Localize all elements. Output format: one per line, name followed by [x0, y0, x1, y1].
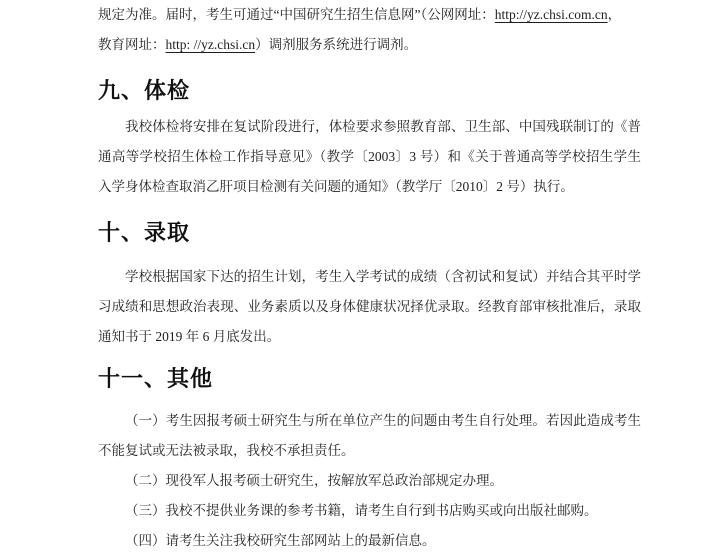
link-yz-chsi-cn[interactable]: http: //yz.chsi.cn [166, 37, 256, 52]
list-item-1: （一）考生因报考硕士研究生与所在单位产生的问题由考生自行处理。若因此造成考生不能… [98, 406, 641, 466]
intro-line-1-text: 规定为准。届时，考生可通过“中国研究生招生信息网”（公网网址： [98, 7, 495, 22]
link-yz-chsi-com-cn[interactable]: http://yz.chsi.com.cn [495, 7, 608, 22]
intro-line-1: 规定为准。届时，考生可通过“中国研究生招生信息网”（公网网址：http://yz… [98, 0, 641, 30]
section-heading-others: 十一、其他 [98, 364, 213, 394]
intro-line-1-comma: ， [608, 7, 622, 22]
intro-line-2-text: 教育网址： [98, 37, 166, 52]
section-heading-admission: 十、录取 [98, 218, 190, 248]
paragraph: 我校体检将安排在复试阶段进行，体检要求参照教育部、卫生部、中国残联制订的《普通高… [98, 112, 641, 202]
intro-line-2: 教育网址：http: //yz.chsi.cn）调剂服务系统进行调剂。 [98, 30, 641, 60]
list-item-2: （二）现役军人报考硕士研究生，按解放军总政治部规定办理。 [98, 466, 641, 496]
section-body-physical-exam: 我校体检将安排在复试阶段进行，体检要求参照教育部、卫生部、中国残联制订的《普通高… [98, 112, 641, 202]
list-item-3: （三）我校不提供业务课的参考书籍，请考生自行到书店购买或向出版社邮购。 [98, 496, 641, 526]
document-content: 规定为准。届时，考生可通过“中国研究生招生信息网”（公网网址：http://yz… [98, 0, 641, 556]
section-heading-physical-exam: 九、体检 [98, 76, 190, 106]
section-body-admission: 学校根据国家下达的招生计划，考生入学考试的成绩（含初试和复试）并结合其平时学习成… [98, 262, 641, 352]
document-page: 规定为准。届时，考生可通过“中国研究生招生信息网”（公网网址：http://yz… [0, 0, 721, 556]
section-body-others: （一）考生因报考硕士研究生与所在单位产生的问题由考生自行处理。若因此造成考生不能… [98, 406, 641, 556]
intro-paragraph: 规定为准。届时，考生可通过“中国研究生招生信息网”（公网网址：http://yz… [98, 0, 641, 60]
paragraph: 学校根据国家下达的招生计划，考生入学考试的成绩（含初试和复试）并结合其平时学习成… [98, 262, 641, 352]
list-item-4: （四）请考生关注我校研究生部网站上的最新信息。 [98, 526, 641, 556]
intro-line-2-suffix: ）调剂服务系统进行调剂。 [255, 37, 417, 52]
